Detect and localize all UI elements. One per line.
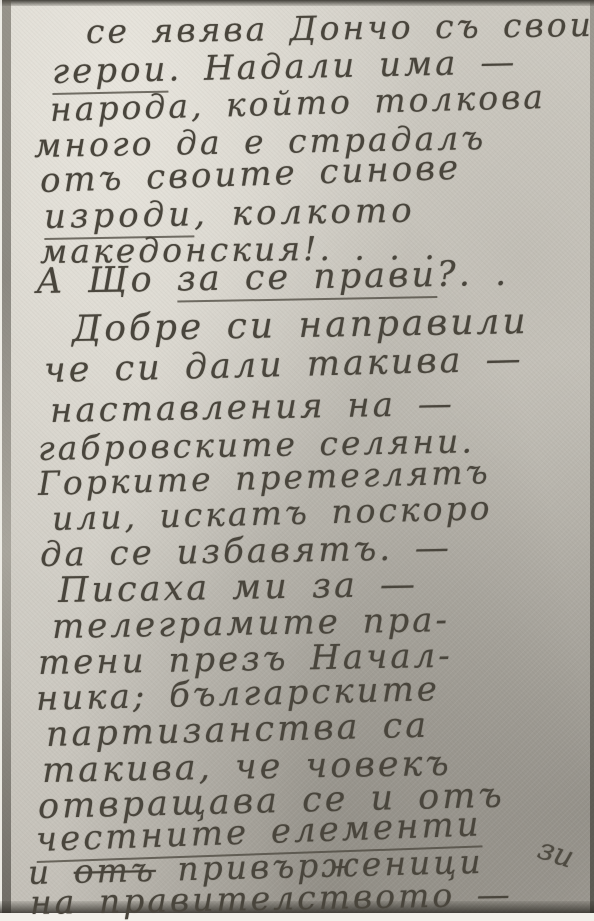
- manuscript-scan: се явява Дончо съ своитегерои. Надали им…: [0, 0, 594, 921]
- handwriting-line: се явява Дончо съ своите: [86, 4, 594, 51]
- handwriting-line: А Що за се прави?. .: [36, 254, 510, 302]
- handwriting-text: А Що: [36, 260, 177, 302]
- photo-edge-top: [0, 0, 594, 6]
- handwriting-line: на правителството —: [30, 875, 513, 921]
- photo-edge-left: [2, 0, 11, 921]
- handwriting-text: на правителството —: [30, 875, 513, 921]
- handwriting-text: се явява Дончо съ своите: [86, 4, 594, 51]
- handwriting-text: ?. .: [437, 254, 510, 295]
- photo-edge-right: [590, 0, 594, 921]
- underlined-text: за се прави: [176, 255, 437, 303]
